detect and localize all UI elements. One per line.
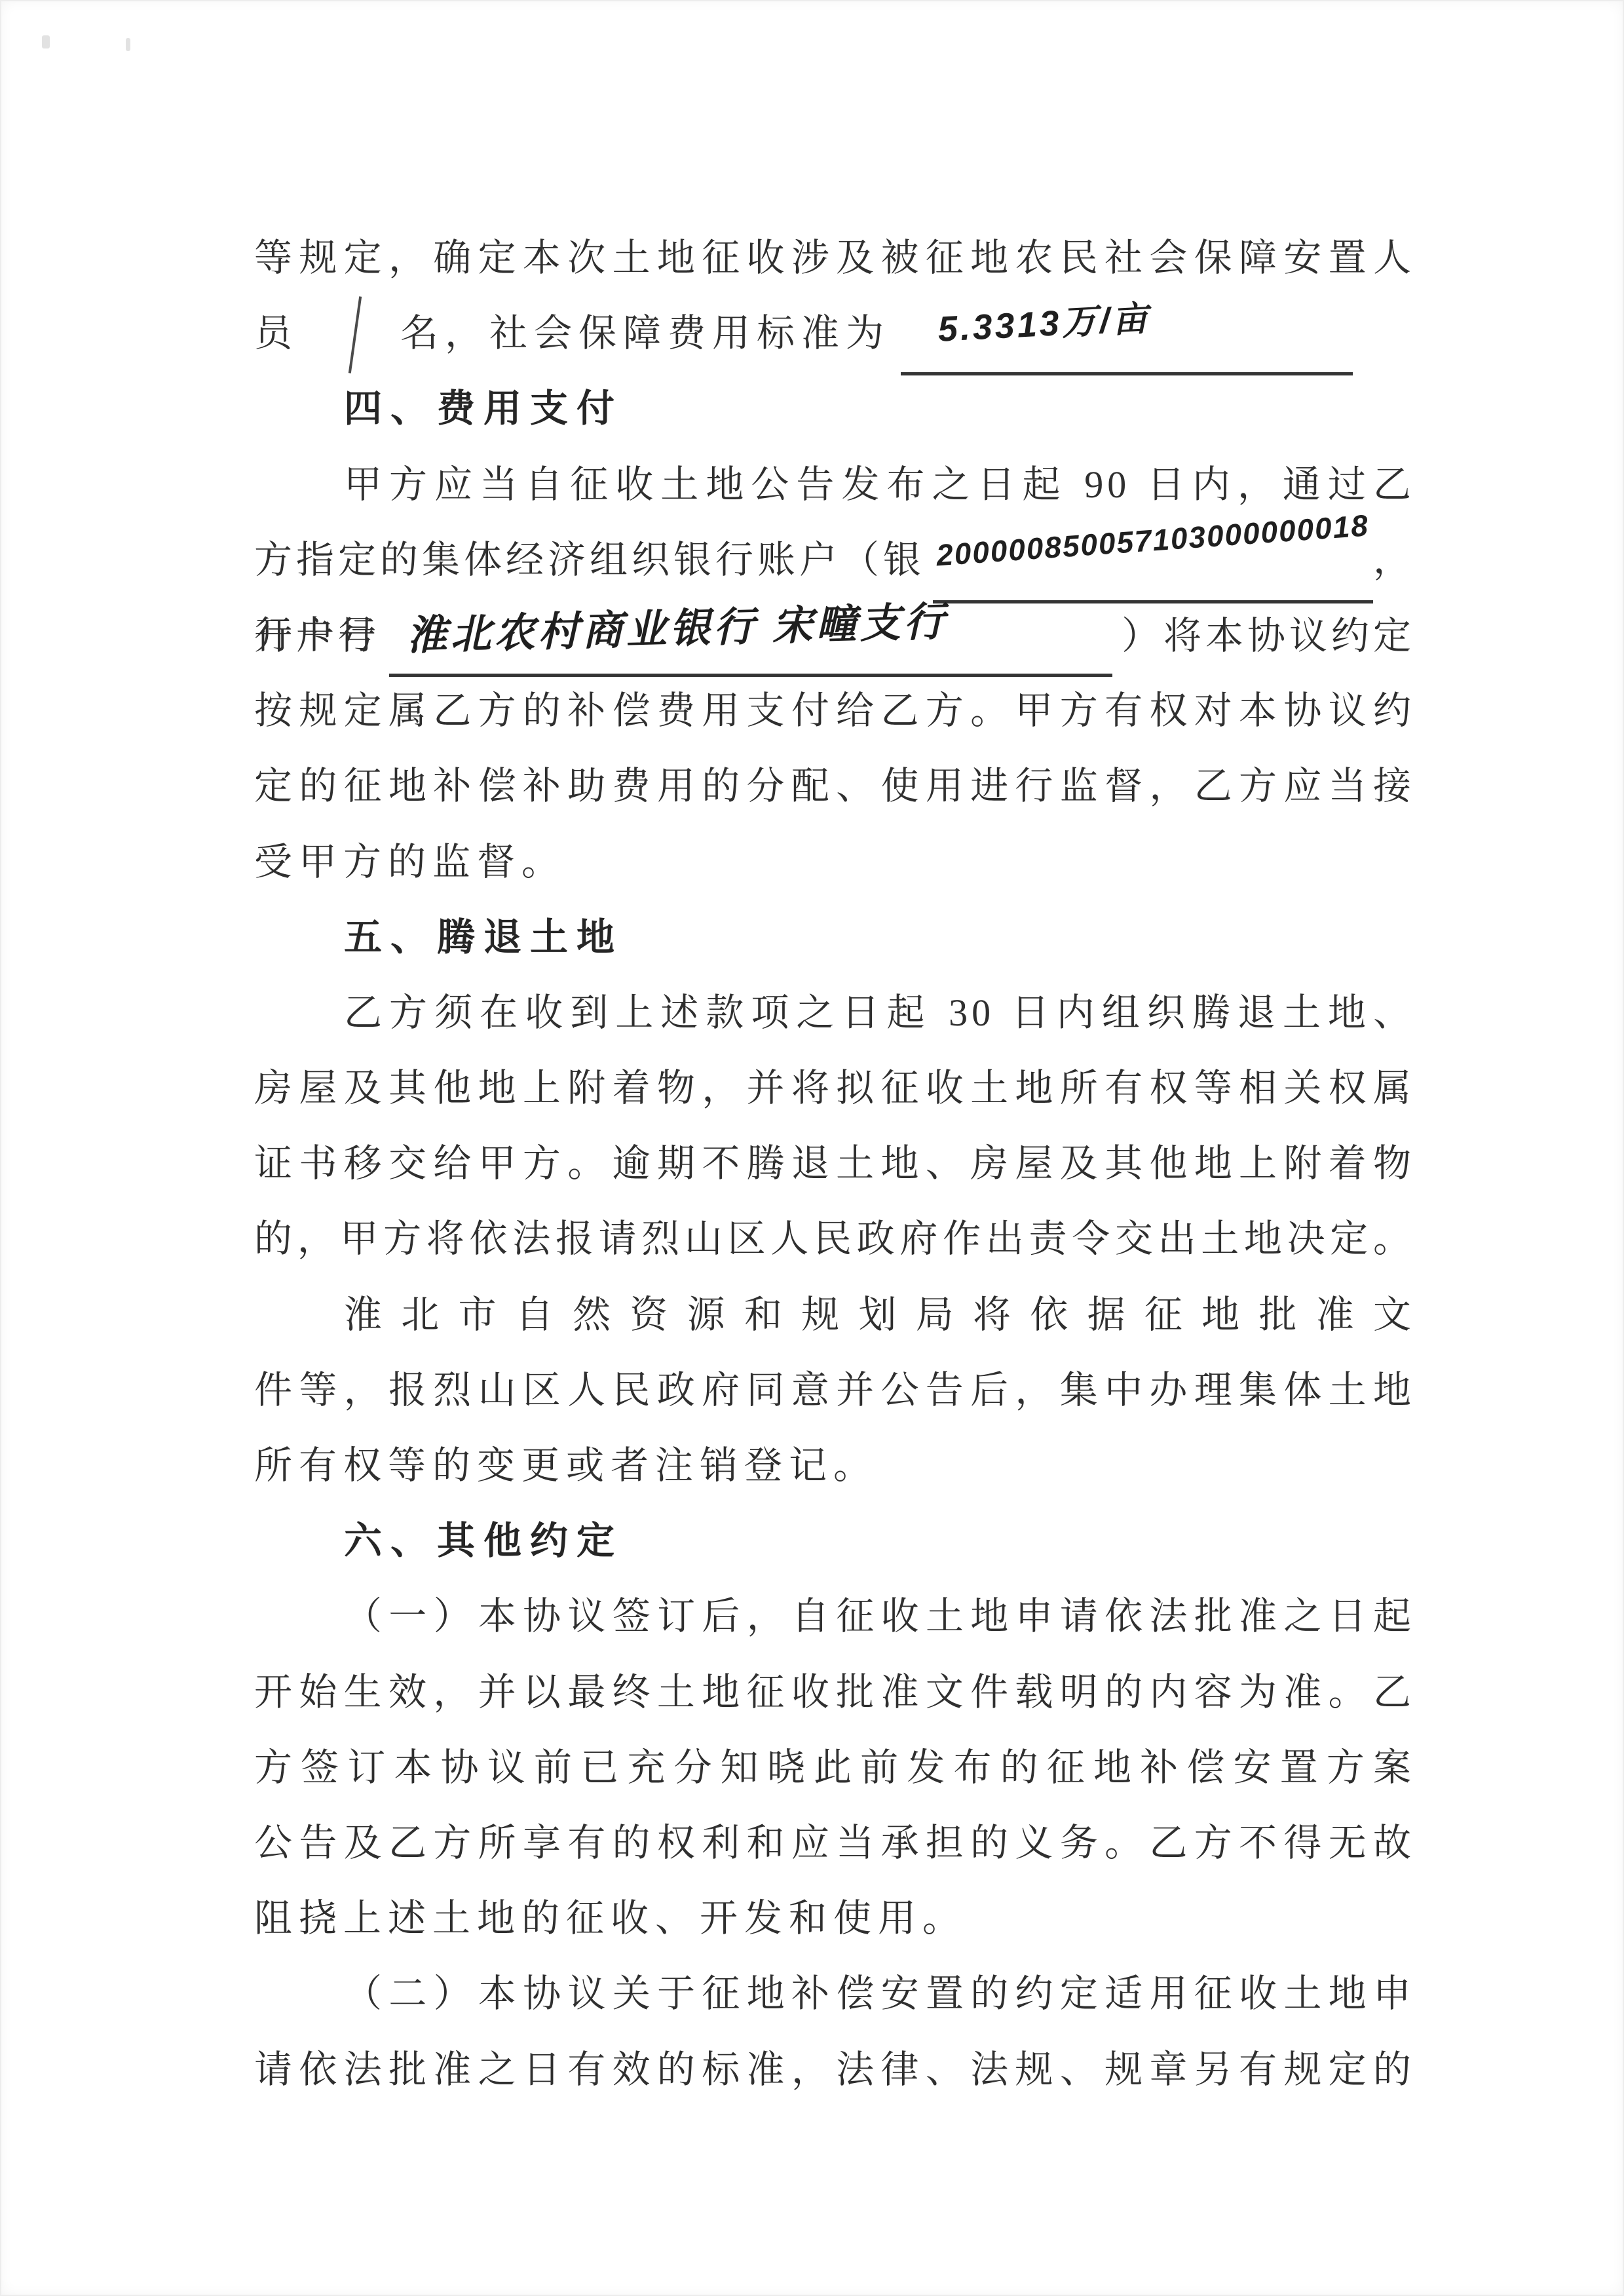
social-security-standard-handwritten: 5.3313万/亩 [901,296,1353,375]
text-line: 件等，报烈山区人民政府同意并公告后，集中办理集体土地 [254,1352,1415,1428]
text-line: 按规定属乙方的补偿费用支付给乙方。甲方有权对本协议约 [254,673,1415,748]
section-heading-text: 六、其他约定 [344,1520,623,1562]
text-line: 所有权等的变更或者注销登记。 [254,1428,1415,1503]
section-heading-line: 四、费用支付 [254,371,1415,446]
printed-text: ）将本协议约定 [1122,598,1415,674]
printed-text: 方签订本协议前已充分知晓此前发布的征地补偿安置方案 [254,1746,1415,1789]
section-heading-line: 五、腾退土地 [254,900,1415,975]
text-line: （二）本协议关于征地补偿安置的约定适用征收土地申 [254,1956,1415,2031]
text-line: 方签订本协议前已充分知晓此前发布的征地补偿安置方案 [254,1730,1415,1805]
printed-text: 等规定，确定本次土地征收涉及被征地农民社会保障安置人 [254,237,1415,279]
printed-text: 开户行 [254,598,380,674]
slash-mark [349,296,362,373]
section-heading-line: 六、其他约定 [254,1503,1415,1578]
text-line: 阻挠上述土地的征收、开发和使用。 [254,1881,1415,1956]
printed-text: 开始生效，并以最终土地征收批准文件载明的内容为准。乙 [254,1671,1415,1713]
printed-text: 请依法批准之日有效的标准，法律、法规、规章另有规定的 [254,2048,1415,2091]
bank-card-number-handwritten: 200000850057103000000018 [933,522,1373,603]
printed-text: （一）本协议签订后，自征收土地申请依法批准之日起 [344,1595,1415,1637]
handwriting-ink: 淮北农村商业银行 宋疃支行 [387,584,949,675]
printed-text: 所有权等的变更或者注销登记。 [254,1444,878,1487]
text-line: 方指定的集体经济组织银行账户（银行卡号200000850057103000000… [254,522,1415,598]
text-line: 开始生效，并以最终土地征收批准文件载明的内容为准。乙 [254,1655,1415,1730]
text-line: 的，甲方将依法报请烈山区人民政府作出责令交出土地决定。 [254,1201,1415,1276]
printed-text: （二）本协议关于征地补偿安置的约定适用征收土地申 [344,1972,1415,2015]
text-line: 证书移交给甲方。逾期不腾退土地、房屋及其他地上附着物 [254,1126,1415,1201]
headcount-blank [299,308,400,346]
handwriting-ink: 5.3313万/亩 [897,281,1152,370]
text-line: 淮北市自然资源和规划局将依据征地批准文 [254,1277,1415,1352]
printed-text: 的，甲方将依法报请烈山区人民政府作出责令交出土地决定。 [254,1217,1415,1260]
printed-text: 件等，报烈山区人民政府同意并公告后，集中办理集体土地 [254,1369,1415,1411]
text-line: 员名，社会保障费用标准为5.3313万/亩 [254,296,1415,371]
printed-text: ， [1373,522,1415,598]
printed-text: 乙方须在收到上述款项之日起 30 日内组织腾退土地、 [344,991,1415,1034]
text-line: 受甲方的监督。 [254,824,1415,900]
text-line: 请依法批准之日有效的标准，法律、法规、规章另有规定的 [254,2032,1415,2107]
printed-text: 员 [254,312,299,354]
printed-text: 房屋及其他地上附着物，并将拟征收土地所有权等相关权属 [254,1067,1415,1109]
document-page: 等规定，确定本次土地征收涉及被征地农民社会保障安置人员名，社会保障费用标准为5.… [0,0,1624,2296]
section-heading-text: 五、腾退土地 [344,916,623,959]
text-line: （一）本协议签订后，自征收土地申请依法批准之日起 [254,1578,1415,1654]
text-line: 等规定，确定本次土地征收涉及被征地农民社会保障安置人 [254,220,1415,296]
printed-text: 证书移交给甲方。逾期不腾退土地、房屋及其他地上附着物 [254,1142,1415,1185]
printed-text: 名，社会保障费用标准为 [400,312,890,354]
printed-text: 公告及乙方所享有的权利和应当承担的义务。乙方不得无故 [254,1822,1415,1864]
scan-artifact [42,35,50,48]
text-line: 房屋及其他地上附着物，并将拟征收土地所有权等相关权属 [254,1050,1415,1126]
text-line: 开户行淮北农村商业银行 宋疃支行）将本协议约定 [254,598,1415,673]
text-line: 乙方须在收到上述款项之日起 30 日内组织腾退土地、 [254,975,1415,1050]
text-line: 公告及乙方所享有的权利和应当承担的义务。乙方不得无故 [254,1805,1415,1881]
printed-text: 淮北市自然资源和规划局将依据征地批准文 [344,1293,1415,1336]
scan-artifact [126,38,130,51]
bank-branch-handwritten: 淮北农村商业银行 宋疃支行 [389,598,1112,677]
text-line: 定的征地补偿补助费用的分配、使用进行监督，乙方应当接 [254,748,1415,824]
printed-text: 受甲方的监督。 [254,841,566,883]
printed-text: 按规定属乙方的补偿费用支付给乙方。甲方有权对本协议约 [254,689,1415,732]
printed-text: 阻挠上述土地的征收、开发和使用。 [254,1897,967,1940]
printed-text: 定的征地补偿补助费用的分配、使用进行监督，乙方应当接 [254,765,1415,807]
document-body: 等规定，确定本次土地征收涉及被征地农民社会保障安置人员名，社会保障费用标准为5.… [254,220,1415,2107]
section-heading-text: 四、费用支付 [344,387,623,430]
